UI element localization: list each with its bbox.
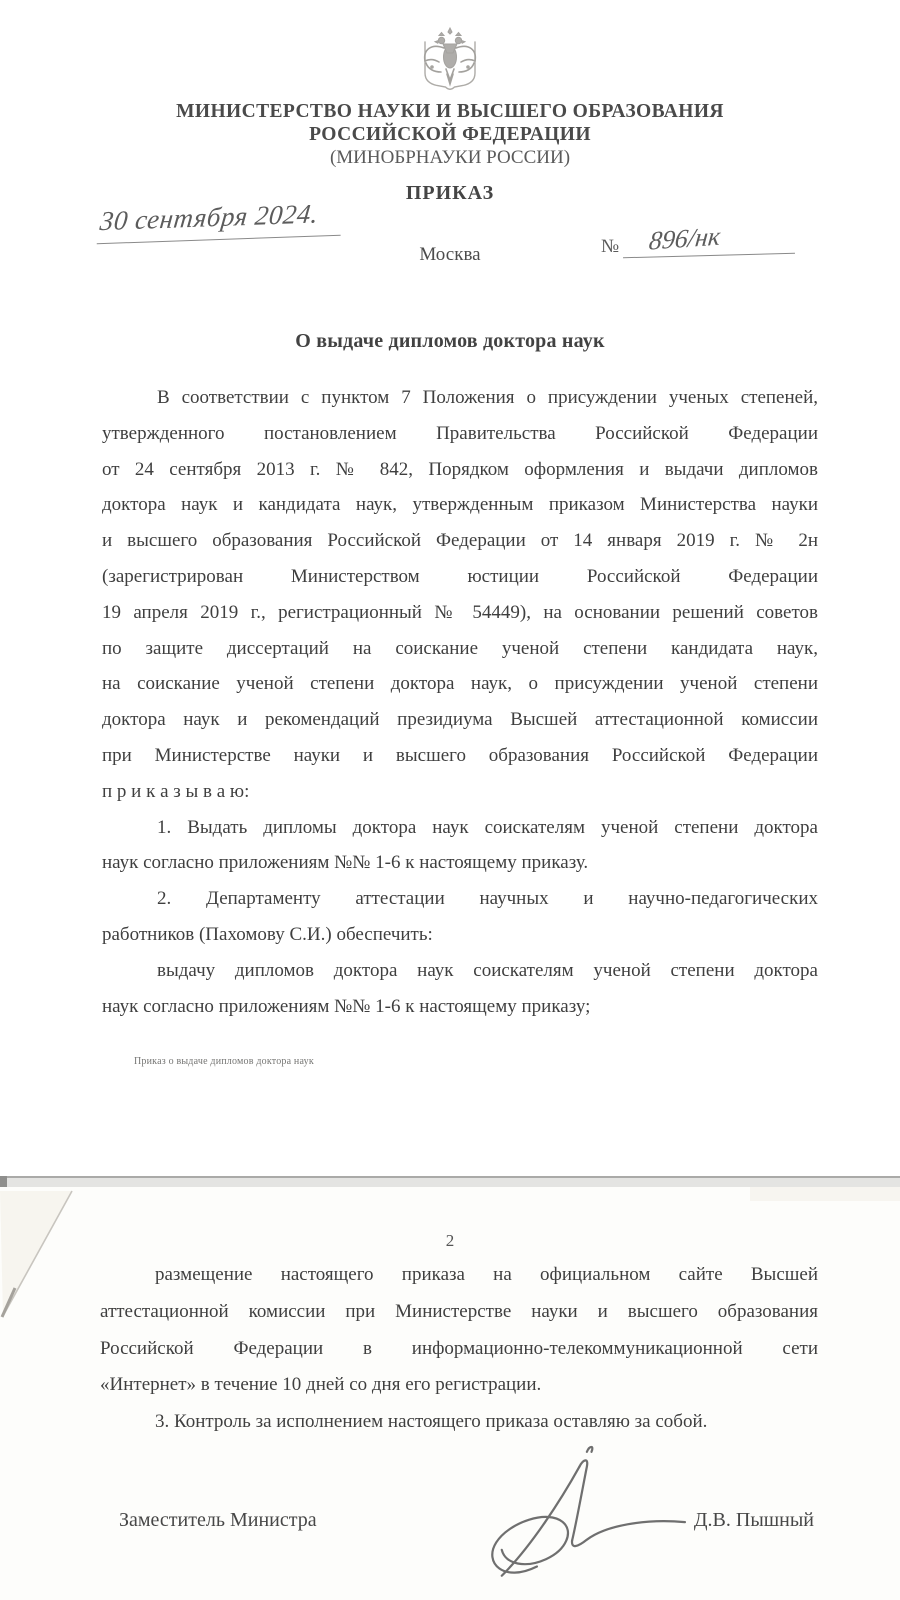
document-text-line: доктора наук и кандидата наук, утвержден… bbox=[102, 487, 818, 523]
ministry-name-line2: РОССИЙСКОЙ ФЕДЕРАЦИИ bbox=[0, 124, 900, 146]
document-text-line: утвержденного постановлением Правительст… bbox=[102, 416, 818, 452]
ministry-name-line1: МИНИСТЕРСТВО НАУКИ И ВЫСШЕГО ОБРАЗОВАНИЯ bbox=[0, 101, 900, 123]
document-text-line: наук согласно приложениям №№ 1-6 к насто… bbox=[102, 989, 818, 1025]
document-text-line: (зарегистрирован Министерством юстиции Р… bbox=[102, 559, 818, 595]
ministry-short-name: (МИНОБРНАУКИ РОССИИ) bbox=[0, 147, 900, 169]
signatory-name: Д.В. Пышный bbox=[694, 1509, 814, 1532]
handwritten-date-field: 30 сентября 2024. bbox=[95, 196, 340, 244]
document-text-line: наук согласно приложениям №№ 1-6 к насто… bbox=[102, 845, 818, 881]
document-title: О выдаче дипломов доктора наук bbox=[0, 330, 900, 353]
document-text-line: аттестационной комиссии при Министерстве… bbox=[100, 1294, 818, 1331]
paragraph: 3. Контроль за исполнением настоящего пр… bbox=[100, 1404, 818, 1441]
page2-body-text: размещение настоящего приказа на официал… bbox=[100, 1257, 818, 1441]
page-separator bbox=[0, 1176, 900, 1187]
coat-of-arms-icon bbox=[418, 26, 482, 102]
document-text-line: 2. Департаменту аттестации научных и нау… bbox=[102, 881, 818, 917]
handwritten-date: 30 сентября 2024. bbox=[98, 198, 320, 237]
document-text-line: на соискание ученой степени доктора наук… bbox=[102, 666, 818, 702]
document-text-line: п р и к а з ы в а ю: bbox=[102, 774, 818, 810]
document-text-line: по защите диссертаций на соискание учено… bbox=[102, 631, 818, 667]
scanned-document: МИНИСТЕРСТВО НАУКИ И ВЫСШЕГО ОБРАЗОВАНИЯ… bbox=[0, 0, 900, 1600]
paragraph: размещение настоящего приказа на официал… bbox=[100, 1257, 818, 1404]
document-page-1: МИНИСТЕРСТВО НАУКИ И ВЫСШЕГО ОБРАЗОВАНИЯ… bbox=[0, 0, 900, 1176]
document-text-line: В соответствии с пунктом 7 Положения о п… bbox=[102, 380, 818, 416]
document-text-line: при Министерстве науки и высшего образов… bbox=[102, 738, 818, 774]
city-label: Москва bbox=[0, 244, 900, 266]
document-text-line: размещение настоящего приказа на официал… bbox=[100, 1257, 818, 1294]
paragraph: В соответствии с пунктом 7 Положения о п… bbox=[102, 380, 818, 810]
document-text-line: и высшего образования Российской Федерац… bbox=[102, 523, 818, 559]
signature-icon bbox=[448, 1437, 698, 1585]
document-text-line: 1. Выдать дипломы доктора наук соискател… bbox=[102, 810, 818, 846]
document-text-line: «Интернет» в течение 10 дней со дня его … bbox=[100, 1367, 818, 1404]
document-text-line: работников (Пахомову С.И.) обеспечить: bbox=[102, 917, 818, 953]
document-page-2: 2 размещение настоящего приказа на офици… bbox=[0, 1187, 900, 1600]
document-type-heading: ПРИКАЗ bbox=[0, 182, 900, 205]
paragraph: 2. Департаменту аттестации научных и нау… bbox=[102, 881, 818, 953]
document-text-line: от 24 сентября 2013 г. № 842, Порядком о… bbox=[102, 452, 818, 488]
footer-note: Приказ о выдаче дипломов доктора наук bbox=[134, 1056, 314, 1067]
document-text-line: 3. Контроль за исполнением настоящего пр… bbox=[100, 1404, 818, 1441]
document-text-line: выдачу дипломов доктора наук соискателям… bbox=[102, 953, 818, 989]
signatory-role-label: Заместитель Министра bbox=[119, 1509, 317, 1532]
document-text-line: Российской Федерации в информационно-тел… bbox=[100, 1331, 818, 1368]
page1-body-text: В соответствии с пунктом 7 Положения о п… bbox=[102, 380, 818, 1024]
document-text-line: доктора наук и рекомендаций президиума В… bbox=[102, 702, 818, 738]
document-text-line: 19 апреля 2019 г., регистрационный № 544… bbox=[102, 595, 818, 631]
paragraph: 1. Выдать дипломы доктора наук соискател… bbox=[102, 810, 818, 882]
paragraph: выдачу дипломов доктора наук соискателям… bbox=[102, 953, 818, 1025]
scan-artifact-strip bbox=[750, 1187, 900, 1201]
page-number: 2 bbox=[0, 1231, 900, 1251]
